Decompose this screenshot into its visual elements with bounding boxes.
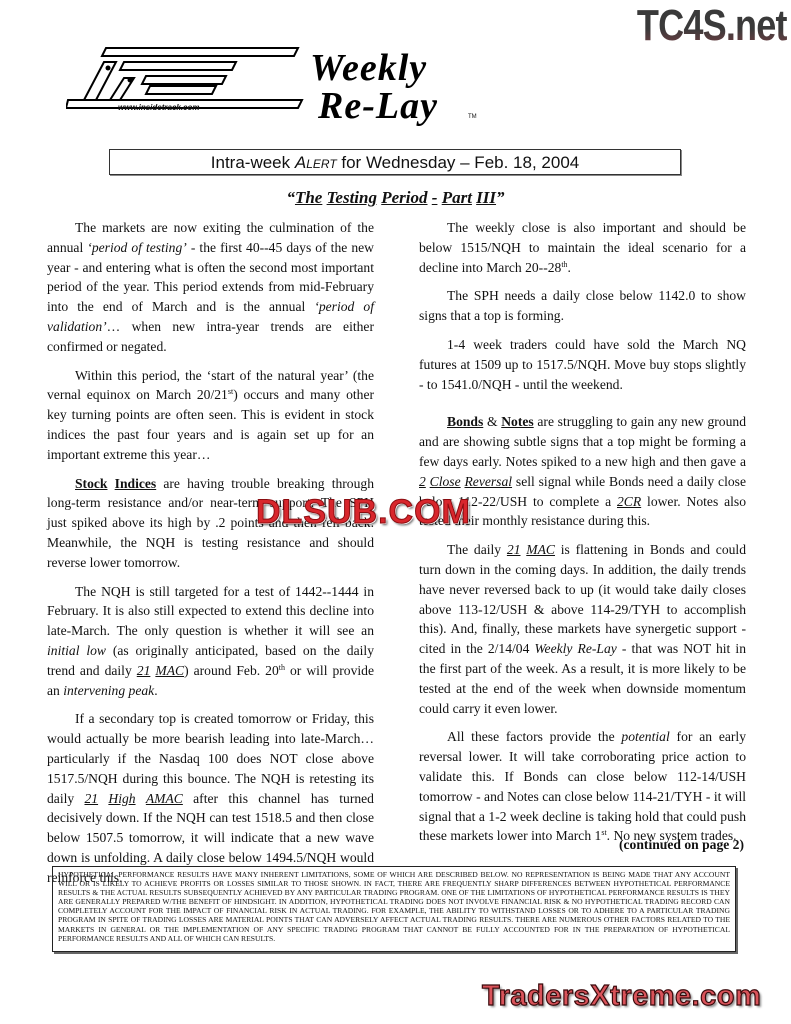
article-title: “The Testing Period - Part III” [0,188,791,208]
alert-prefix: Intra-week [211,153,295,172]
logo-url: www.insidetrack.com [118,103,200,112]
paragraph: The weekly close is also important and s… [419,218,746,277]
alert-banner: Intra-week Alert for Wednesday – Feb. 18… [109,149,681,175]
title-word: The [295,188,322,207]
continued-note: (continued on page 2) [619,837,744,853]
title-quote-close: ” [496,188,505,207]
section-heading: Bonds [447,414,483,429]
section-heading: Stock [75,476,107,491]
tradersxtreme-watermark: TradersXtreme.com [482,980,761,1012]
tc4s-watermark: TC4S.net [637,2,787,50]
right-column: The weekly close is also important and s… [419,218,746,855]
paragraph: Within this period, the ‘start of the na… [47,366,374,465]
section-heading: Notes [501,414,533,429]
paragraph: If a secondary top is created tomorrow o… [47,709,374,887]
disclaimer-box: Hypothetical performance results have ma… [52,866,736,952]
section-heading: Indices [115,476,157,491]
insidetrack-logo: www.insidetrack.com Weekly Re-Lay TM [66,46,486,124]
paragraph: All these factors provide the potential … [419,727,746,846]
dlsub-watermark: DLSUB.COM [256,494,471,530]
paragraph: The markets are now exiting the culminat… [47,218,374,357]
paragraph: The NQH is still targeted for a test of … [47,582,374,701]
paragraph: 1-4 week traders could have sold the Mar… [419,335,746,394]
title-dash: - [432,188,438,207]
logo-weekly: Weekly [310,48,427,88]
left-column: The markets are now exiting the culminat… [47,218,374,897]
title-word: Period [381,188,427,207]
title-word: III [476,188,496,207]
title-quote-open: “ [286,188,295,207]
trademark: TM [468,114,477,120]
logo-relay: Re-Lay [318,86,438,126]
alert-suffix: for Wednesday – Feb. 18, 2004 [337,153,580,172]
alert-word: Alert [295,153,337,172]
paragraph: The SPH needs a daily close below 1142.0… [419,286,746,326]
title-word: Testing [327,188,377,207]
paragraph: The daily 21 MAC is flattening in Bonds … [419,540,746,718]
title-word: Part [442,188,472,207]
